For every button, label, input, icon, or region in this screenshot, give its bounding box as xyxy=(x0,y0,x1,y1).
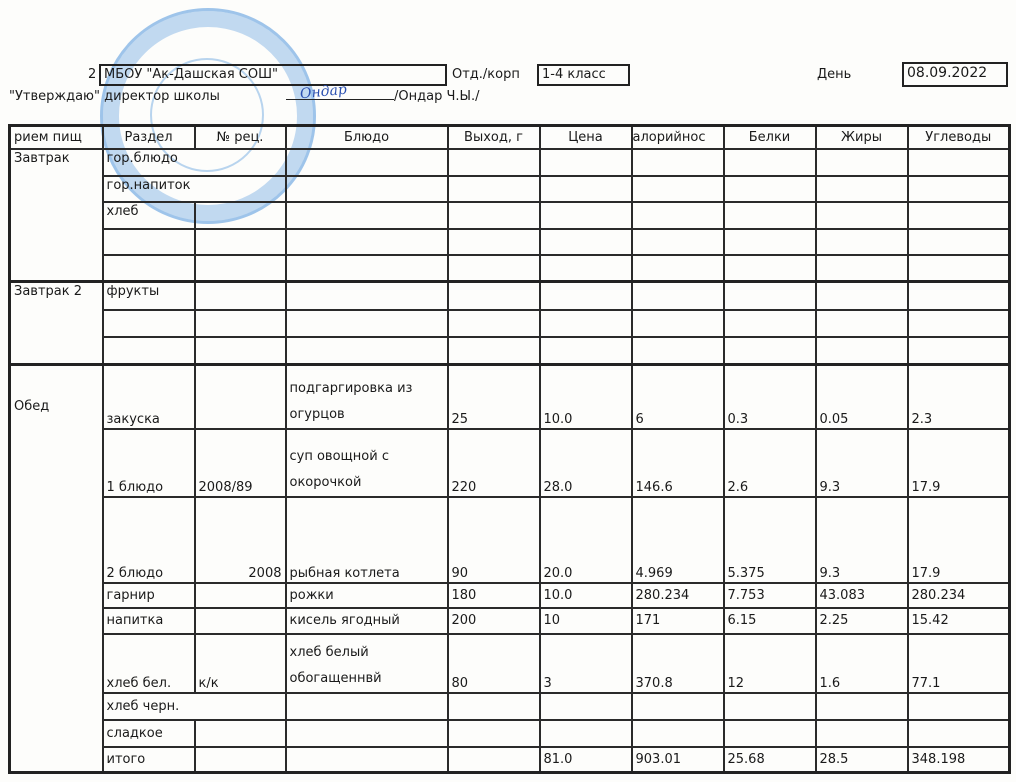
col-kcal: алорийнос xyxy=(632,126,724,149)
price-cell: 10.0 xyxy=(540,365,632,429)
menu-table: рием пищ Раздел № рец. Блюдо Выход, г Це… xyxy=(8,124,1011,774)
col-carbs: Углеводы xyxy=(908,126,1010,149)
meal-breakfast: Завтрак xyxy=(10,149,103,282)
section-cell: закуска xyxy=(103,365,195,429)
dept-value-field: 1-4 класс xyxy=(537,64,630,86)
protein-cell: 2.6 xyxy=(724,429,816,497)
recipe-cell: к/к xyxy=(195,634,286,693)
section-cell: гор.блюдо xyxy=(103,149,286,176)
table-row: хлеб xyxy=(10,202,1010,229)
director-name: /Ондар Ч.Ы./ xyxy=(394,89,479,104)
carbs-cell: 17.9 xyxy=(908,429,1010,497)
dish-cell: рожки xyxy=(286,583,448,608)
total-fat-cell: 28.5 xyxy=(816,747,908,773)
table-row: Завтрак гор.блюдо xyxy=(10,149,1010,176)
dish-cell: рыбная котлета xyxy=(286,497,448,583)
meal-breakfast2: Завтрак 2 xyxy=(10,282,103,365)
total-carbs-cell: 348.198 xyxy=(908,747,1010,773)
col-dish: Блюдо xyxy=(286,126,448,149)
yield-cell: 90 xyxy=(448,497,540,583)
table-row: 2 блюдо 2008 рыбная котлета 90 20.0 4.96… xyxy=(10,497,1010,583)
recipe-cell xyxy=(195,747,286,773)
row-number: 2 xyxy=(88,67,96,82)
table-row xyxy=(10,229,1010,255)
price-cell: 20.0 xyxy=(540,497,632,583)
section-cell: хлеб бел. xyxy=(103,634,195,693)
table-row: Завтрак 2 фрукты xyxy=(10,282,1010,310)
table-row: хлеб черн. xyxy=(10,693,1010,720)
recipe-cell xyxy=(195,365,286,429)
section-cell: напитка xyxy=(103,608,195,634)
section-cell: 1 блюдо xyxy=(103,429,195,497)
day-label: День xyxy=(817,67,851,82)
meal-lunch: Обед xyxy=(10,365,103,773)
dish-cell: подгаргировка из огурцов xyxy=(286,365,448,429)
protein-cell: 12 xyxy=(724,634,816,693)
fat-cell: 9.3 xyxy=(816,497,908,583)
kcal-cell: 6 xyxy=(632,365,724,429)
recipe-cell: 2008 xyxy=(195,497,286,583)
kcal-cell: 370.8 xyxy=(632,634,724,693)
carbs-cell: 15.42 xyxy=(908,608,1010,634)
kcal-cell: 4.969 xyxy=(632,497,724,583)
section-cell: хлеб черн. xyxy=(103,693,286,720)
fat-cell: 0.05 xyxy=(816,365,908,429)
table-row xyxy=(10,255,1010,282)
total-protein-cell: 25.68 xyxy=(724,747,816,773)
kcal-cell: 171 xyxy=(632,608,724,634)
dept-label: Отд./корп xyxy=(452,67,520,82)
carbs-cell: 280.234 xyxy=(908,583,1010,608)
table-row: напитка кисель ягодный 200 10 171 6.15 2… xyxy=(10,608,1010,634)
table-row: гор.напиток xyxy=(10,176,1010,202)
section-cell: гор.напиток xyxy=(103,176,286,202)
approval-text: "Утверждаю" директор школы xyxy=(9,89,220,104)
yield-cell: 200 xyxy=(448,608,540,634)
fat-cell: 2.25 xyxy=(816,608,908,634)
col-protein: Белки xyxy=(724,126,816,149)
table-row xyxy=(10,310,1010,337)
school-name-field: МБОУ "Ак-Дашская СОШ" xyxy=(99,64,447,86)
section-cell: сладкое xyxy=(103,720,195,747)
price-cell: 3 xyxy=(540,634,632,693)
kcal-cell: 146.6 xyxy=(632,429,724,497)
fat-cell: 9.3 xyxy=(816,429,908,497)
col-recipe: № рец. xyxy=(195,126,286,149)
date-field: 08.09.2022 xyxy=(902,62,1008,87)
dish-cell: хлеб белый обогащеннвй xyxy=(286,634,448,693)
dish-cell: суп овощной с окорочкой xyxy=(286,429,448,497)
yield-cell: 180 xyxy=(448,583,540,608)
section-cell: итого xyxy=(103,747,195,773)
table-row: сладкое xyxy=(10,720,1010,747)
carbs-cell: 17.9 xyxy=(908,497,1010,583)
section-cell: 2 блюдо xyxy=(103,497,195,583)
col-section: Раздел xyxy=(103,126,195,149)
protein-cell: 5.375 xyxy=(724,497,816,583)
table-row: гарнир рожки 180 10.0 280.234 7.753 43.0… xyxy=(10,583,1010,608)
total-kcal-cell: 903.01 xyxy=(632,747,724,773)
section-cell: фрукты xyxy=(103,282,195,310)
yield-cell: 25 xyxy=(448,365,540,429)
total-price-cell: 81.0 xyxy=(540,747,632,773)
kcal-cell: 280.234 xyxy=(632,583,724,608)
protein-cell: 0.3 xyxy=(724,365,816,429)
yield-cell: 80 xyxy=(448,634,540,693)
col-price: Цена xyxy=(540,126,632,149)
price-cell: 28.0 xyxy=(540,429,632,497)
price-cell: 10.0 xyxy=(540,583,632,608)
fat-cell: 1.6 xyxy=(816,634,908,693)
table-row-total: итого 81.0 903.01 25.68 28.5 348.198 xyxy=(10,747,1010,773)
protein-cell: 7.753 xyxy=(724,583,816,608)
carbs-cell: 2.3 xyxy=(908,365,1010,429)
table-row: хлеб бел. к/к хлеб белый обогащеннвй 80 … xyxy=(10,634,1010,693)
table-row: 1 блюдо 2008/89 суп овощной с окорочкой … xyxy=(10,429,1010,497)
section-cell: гарнир xyxy=(103,583,195,608)
col-meal: рием пищ xyxy=(10,126,103,149)
recipe-cell xyxy=(195,608,286,634)
table-row xyxy=(10,337,1010,365)
table-row: Обед закуска подгаргировка из огурцов 25… xyxy=(10,365,1010,429)
protein-cell: 6.15 xyxy=(724,608,816,634)
recipe-cell: 2008/89 xyxy=(195,429,286,497)
fat-cell: 43.083 xyxy=(816,583,908,608)
recipe-cell xyxy=(195,583,286,608)
section-cell: хлеб xyxy=(103,202,195,229)
yield-cell: 220 xyxy=(448,429,540,497)
dish-cell: кисель ягодный xyxy=(286,608,448,634)
carbs-cell: 77.1 xyxy=(908,634,1010,693)
dish-cell xyxy=(286,747,448,773)
col-fat: Жиры xyxy=(816,126,908,149)
price-cell: 10 xyxy=(540,608,632,634)
table-header-row: рием пищ Раздел № рец. Блюдо Выход, г Це… xyxy=(10,126,1010,149)
yield-cell xyxy=(448,747,540,773)
col-yield: Выход, г xyxy=(448,126,540,149)
